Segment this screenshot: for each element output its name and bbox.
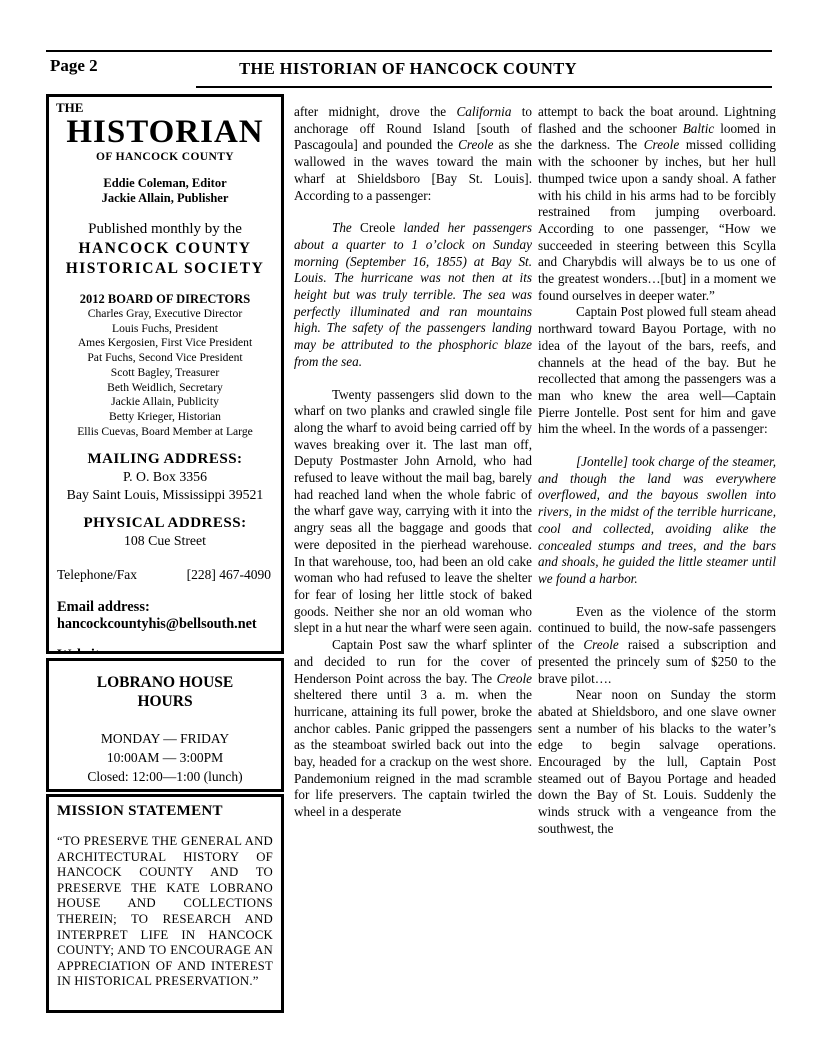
paragraph: Captain Post plowed full steam ahead nor… [538, 304, 776, 438]
mission-box: MISSION STATEMENT “TO PRESERVE THE GENER… [46, 794, 284, 1013]
staff-block: Eddie Coleman, Editor Jackie Allain, Pub… [49, 176, 281, 206]
board-member: Beth Weidlich, Secretary [49, 381, 281, 396]
mailing-address-lines: P. O. Box 3356Bay Saint Louis, Mississip… [49, 468, 281, 503]
phone-number: [228] 467-4090 [187, 567, 271, 583]
quote-paragraph: The Creole landed her passengers about a… [294, 220, 532, 370]
header-bottom-rule [196, 86, 772, 88]
website-heading: Website: [49, 647, 281, 654]
hours-line: 10:00AM — 3:00PM [49, 748, 281, 767]
paragraph: Even as the violence of the storm contin… [538, 604, 776, 688]
article-column-1: after midnight, drove the California to … [294, 104, 532, 821]
physical-address-lines: 108 Cue Street [49, 532, 281, 550]
hours-title-line1: LOBRANO HOUSE [49, 673, 281, 692]
header-top-rule [46, 50, 772, 52]
paragraph: Captain Post saw the wharf splinter and … [294, 637, 532, 821]
board-member: Betty Krieger, Historian [49, 410, 281, 425]
hours-line: Closed: 12:00—1:00 (lunch) [49, 767, 281, 786]
board-member: Ames Kergosien, First Vice President [49, 336, 281, 351]
physical-address-heading: PHYSICAL ADDRESS: [49, 515, 281, 532]
society-name: HANCOCK COUNTY HISTORICAL SOCIETY [49, 239, 281, 279]
board-heading: 2012 BOARD OF DIRECTORS [49, 292, 281, 307]
paragraph: after midnight, drove the California to … [294, 104, 532, 204]
society-name-line2: HISTORICAL SOCIETY [49, 259, 281, 279]
mailing-address-line: P. O. Box 3356 [49, 468, 281, 486]
board-list: Charles Gray, Executive DirectorLouis Fu… [49, 307, 281, 439]
quote-paragraph: [Jontelle] took charge of the steamer, a… [538, 454, 776, 588]
hours-box: LOBRANO HOUSE HOURS MONDAY — FRIDAY10:00… [46, 658, 284, 792]
masthead-subtitle: OF HANCOCK COUNTY [49, 151, 281, 163]
newsletter-title: THE HISTORIAN OF HANCOCK COUNTY [0, 59, 816, 79]
board-member: Jackie Allain, Publicity [49, 395, 281, 410]
published-monthly-line: Published monthly by the [49, 220, 281, 239]
article-column-2: attempt to back the boat around. Lightni… [538, 104, 776, 838]
masthead-the: THE [49, 97, 281, 115]
hours-title-line2: HOURS [49, 692, 281, 711]
masthead-title: HISTORIAN [49, 115, 281, 149]
newsletter-page: Page 2 THE HISTORIAN OF HANCOCK COUNTY T… [0, 0, 816, 1056]
paragraph: Twenty passengers slid down to the wharf… [294, 387, 532, 638]
hours-title: LOBRANO HOUSE HOURS [49, 673, 281, 711]
society-name-line1: HANCOCK COUNTY [49, 239, 281, 259]
mailing-address-heading: MAILING ADDRESS: [49, 451, 281, 468]
masthead-box: THE HISTORIAN OF HANCOCK COUNTY Eddie Co… [46, 94, 284, 654]
mission-heading: MISSION STATEMENT [57, 803, 273, 820]
editor-line: Eddie Coleman, Editor [49, 176, 281, 191]
email-heading: Email address: [49, 599, 281, 616]
board-member: Scott Bagley, Treasurer [49, 366, 281, 381]
board-member: Ellis Cuevas, Board Member at Large [49, 425, 281, 440]
physical-address-line: 108 Cue Street [49, 532, 281, 550]
email-value: hancockcountyhis@bellsouth.net [49, 616, 281, 633]
publisher-line: Jackie Allain, Publisher [49, 191, 281, 206]
paragraph: attempt to back the boat around. Lightni… [538, 104, 776, 304]
board-member: Louis Fuchs, President [49, 322, 281, 337]
paragraph: Near noon on Sunday the storm abated at … [538, 687, 776, 837]
hours-line: MONDAY — FRIDAY [49, 729, 281, 748]
mission-body: “TO PRESERVE THE GENERAL AND ARCHITECTUR… [57, 834, 273, 990]
board-member: Pat Fuchs, Second Vice President [49, 351, 281, 366]
phone-label: Telephone/Fax [57, 567, 137, 583]
board-member: Charles Gray, Executive Director [49, 307, 281, 322]
mailing-address-line: Bay Saint Louis, Mississippi 39521 [49, 486, 281, 504]
phone-row: Telephone/Fax [228] 467-4090 [49, 567, 281, 583]
hours-lines: MONDAY — FRIDAY10:00AM — 3:00PMClosed: 1… [49, 729, 281, 786]
